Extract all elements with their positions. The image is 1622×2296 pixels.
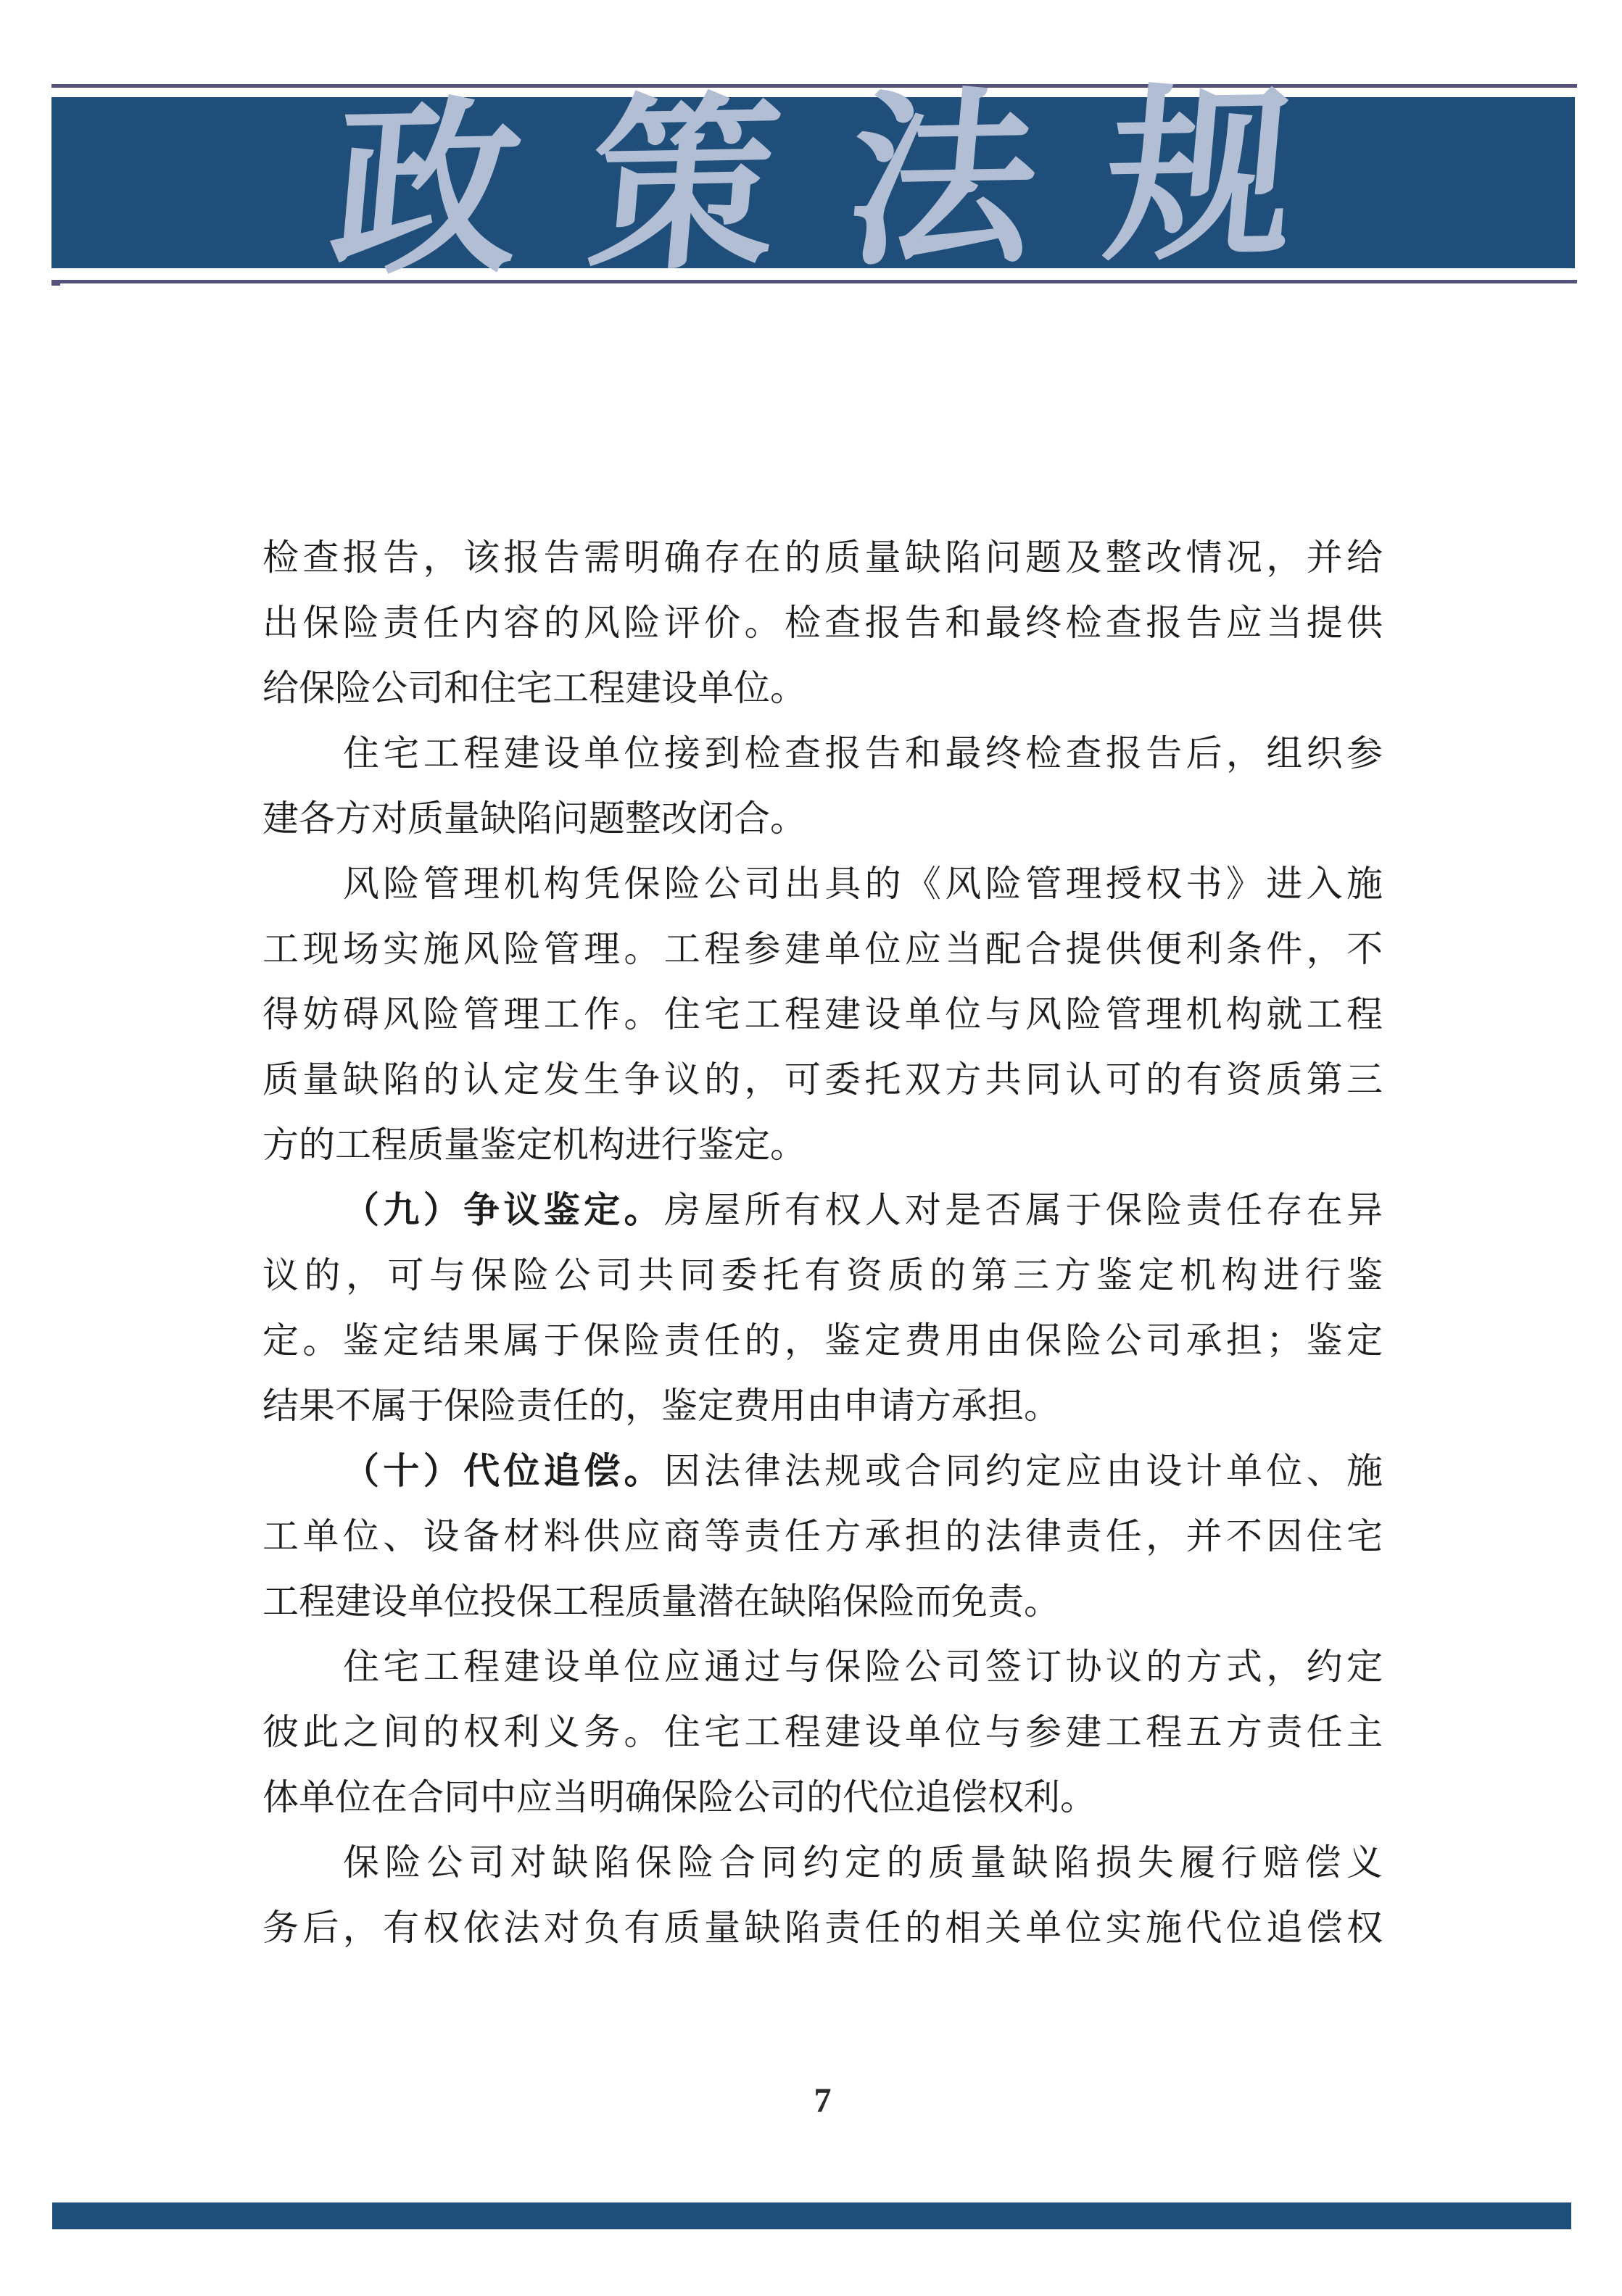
line-text: 保险公司对缺陷保险合同约定的质量缺陷损失履行赔偿义 (343, 1842, 1383, 1883)
header-bottom-rule (51, 280, 1577, 283)
text-line: 工现场实施风险管理。工程参建单位应当配合提供便利条件，不 (262, 916, 1383, 982)
text-line: 工程建设单位投保工程质量潜在缺陷保险而免责。 (262, 1569, 1383, 1634)
text-line: 风险管理机构凭保险公司出具的《风险管理授权书》进入施 (262, 851, 1383, 916)
line-text: 检查报告，该报告需明确存在的质量缺陷问题及整改情况，并给 (262, 537, 1383, 578)
text-line: 检查报告，该报告需明确存在的质量缺陷问题及整改情况，并给 (262, 525, 1383, 590)
line-text: 房屋所有权人对是否属于保险责任存在异 (664, 1190, 1383, 1230)
line-text: 质量缺陷的认定发生争议的，可委托双方共同认可的有资质第三 (262, 1059, 1383, 1100)
text-line: 方的工程质量鉴定机构进行鉴定。 (262, 1112, 1383, 1177)
text-line: 体单位在合同中应当明确保险公司的代位追偿权利。 (262, 1765, 1383, 1830)
document-page: 政策法规 检查报告，该报告需明确存在的质量缺陷问题及整改情况，并给出保险责任内容… (0, 0, 1622, 2296)
page-number: 7 (262, 2078, 1383, 2124)
line-text: 工现场实施风险管理。工程参建单位应当配合提供便利条件，不 (262, 929, 1383, 969)
line-text: 体单位在合同中应当明确保险公司的代位追偿权利。 (262, 1777, 1096, 1818)
line-text: 工单位、设备材料供应商等责任方承担的法律责任，并不因住宅 (262, 1516, 1383, 1557)
text-line: 结果不属于保险责任的，鉴定费用由申请方承担。 (262, 1373, 1383, 1438)
line-text: 得妨碍风险管理工作。住宅工程建设单位与风险管理机构就工程 (262, 994, 1383, 1035)
text-line: 住宅工程建设单位应通过与保险公司签订协议的方式，约定 (262, 1634, 1383, 1699)
line-text: 住宅工程建设单位接到检查报告和最终检查报告后，组织参 (343, 733, 1383, 774)
line-text: 议的，可与保险公司共同委托有资质的第三方鉴定机构进行鉴 (262, 1255, 1383, 1296)
line-text: 风险管理机构凭保险公司出具的《风险管理授权书》进入施 (343, 863, 1383, 904)
text-line: 工单位、设备材料供应商等责任方承担的法律责任，并不因住宅 (262, 1504, 1383, 1569)
page-title: 政策法规 (325, 87, 1373, 278)
text-line: 建各方对质量缺陷问题整改闭合。 (262, 786, 1383, 851)
text-line: 出保险责任内容的风险评价。检查报告和最终检查报告应当提供 (262, 590, 1383, 655)
section-label: （九）争议鉴定。 (343, 1190, 664, 1230)
text-line: 定。鉴定结果属于保险责任的，鉴定费用由保险公司承担；鉴定 (262, 1308, 1383, 1373)
line-text: 给保险公司和住宅工程建设单位。 (262, 668, 806, 708)
line-text: 务后，有权依法对负有质量缺陷责任的相关单位实施代位追偿权 (262, 1907, 1383, 1948)
text-line: 质量缺陷的认定发生争议的，可委托双方共同认可的有资质第三 (262, 1047, 1383, 1112)
line-text: 方的工程质量鉴定机构进行鉴定。 (262, 1124, 806, 1165)
text-line: 保险公司对缺陷保险合同约定的质量缺陷损失履行赔偿义 (262, 1830, 1383, 1895)
body-text: 检查报告，该报告需明确存在的质量缺陷问题及整改情况，并给出保险责任内容的风险评价… (262, 525, 1383, 1960)
line-text: 建各方对质量缺陷问题整改闭合。 (262, 798, 806, 839)
text-line: 议的，可与保险公司共同委托有资质的第三方鉴定机构进行鉴 (262, 1243, 1383, 1308)
line-text: 出保险责任内容的风险评价。检查报告和最终检查报告应当提供 (262, 602, 1383, 643)
line-text: 定。鉴定结果属于保险责任的，鉴定费用由保险公司承担；鉴定 (262, 1320, 1383, 1361)
header-banner: 政策法规 (51, 97, 1575, 268)
line-text: 住宅工程建设单位应通过与保险公司签订协议的方式，约定 (343, 1646, 1383, 1687)
line-text: 因法律法规或合同约定应由设计单位、施 (664, 1451, 1383, 1491)
text-line: 务后，有权依法对负有质量缺陷责任的相关单位实施代位追偿权 (262, 1895, 1383, 1960)
line-text: 工程建设单位投保工程质量潜在缺陷保险而免责。 (262, 1581, 1060, 1622)
line-text: 彼此之间的权利义务。住宅工程建设单位与参建工程五方责任主 (262, 1712, 1383, 1752)
text-line: 彼此之间的权利义务。住宅工程建设单位与参建工程五方责任主 (262, 1699, 1383, 1765)
text-line: 给保险公司和住宅工程建设单位。 (262, 655, 1383, 721)
text-line: 住宅工程建设单位接到检查报告和最终检查报告后，组织参 (262, 721, 1383, 786)
text-line: （九）争议鉴定。房屋所有权人对是否属于保险责任存在异 (262, 1177, 1383, 1243)
footer-bar (52, 2202, 1571, 2229)
line-text: 结果不属于保险责任的，鉴定费用由申请方承担。 (262, 1385, 1060, 1426)
text-line: （十）代位追偿。因法律法规或合同约定应由设计单位、施 (262, 1438, 1383, 1504)
section-label: （十）代位追偿。 (343, 1451, 664, 1491)
text-line: 得妨碍风险管理工作。住宅工程建设单位与风险管理机构就工程 (262, 982, 1383, 1047)
